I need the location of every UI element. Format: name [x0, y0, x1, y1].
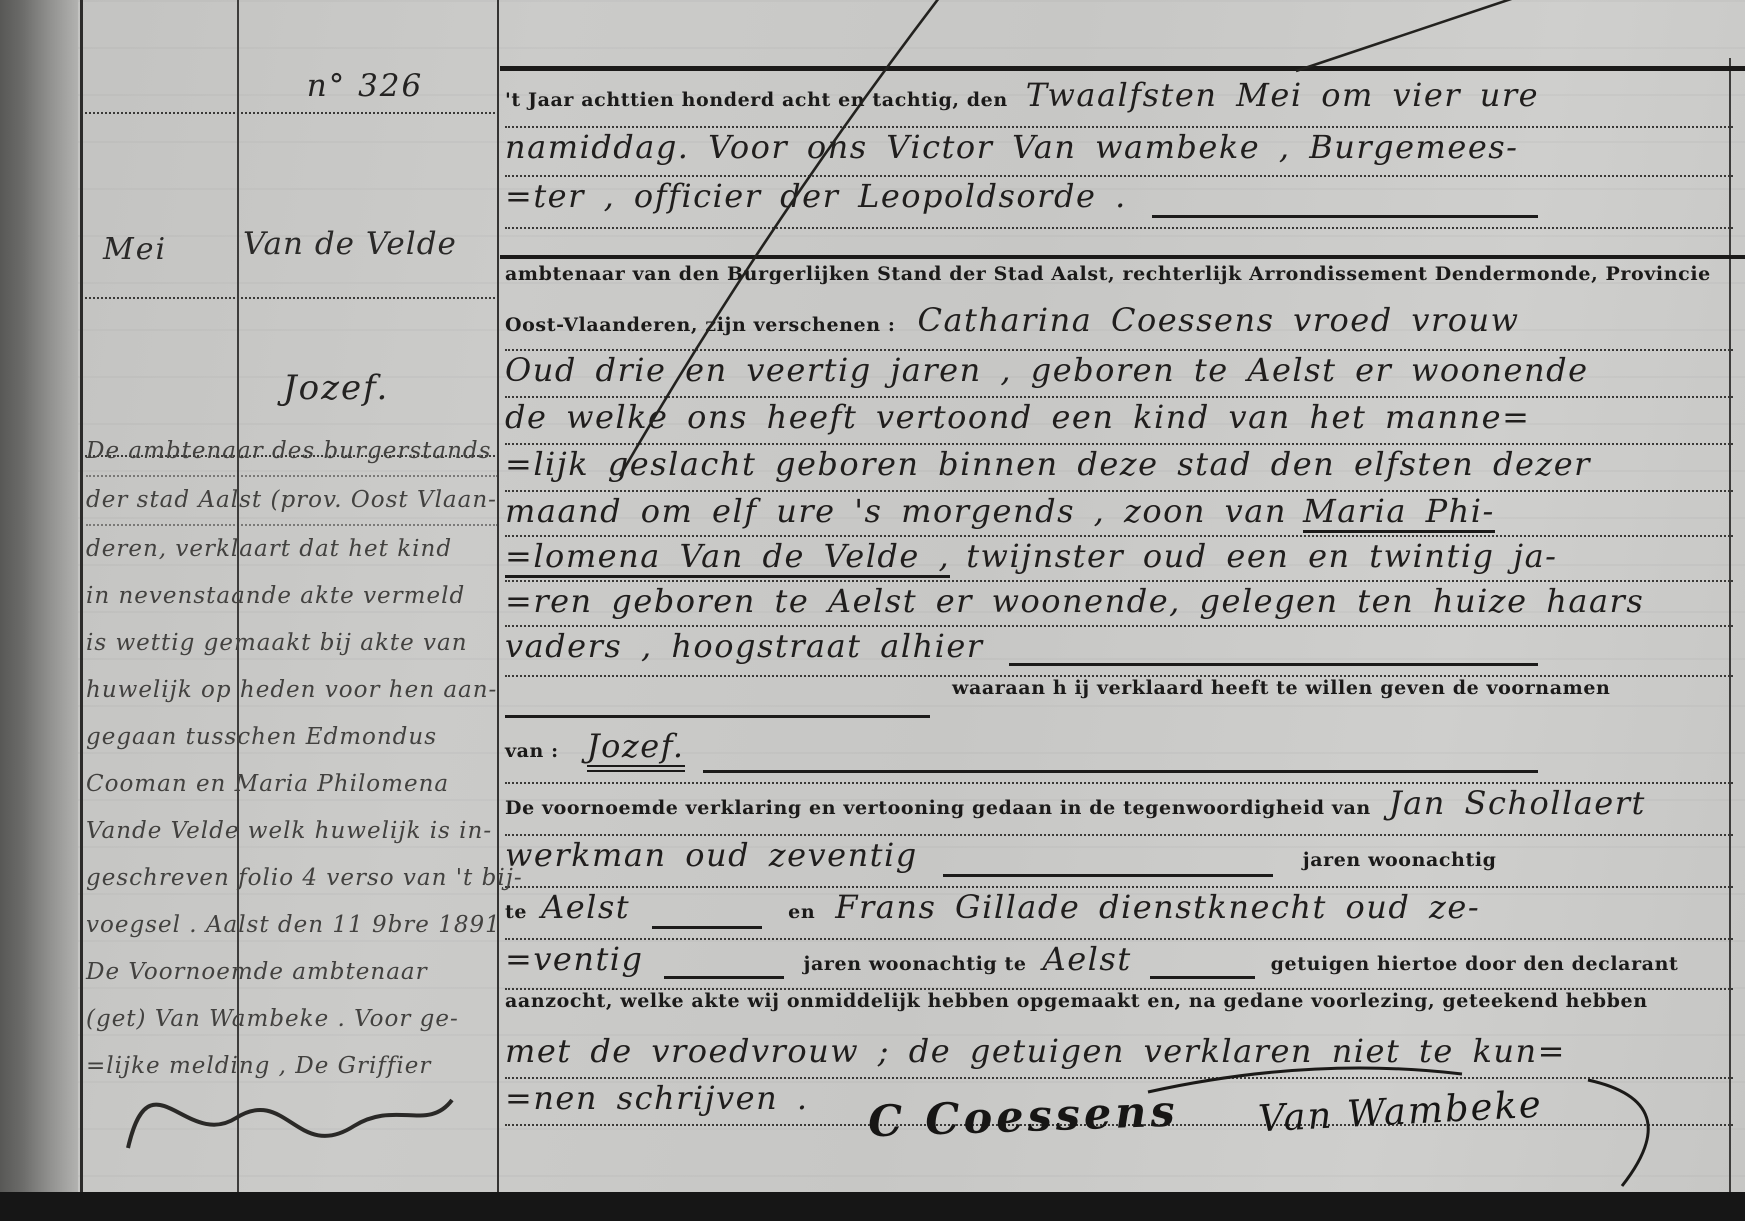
body-line: met de vroedvrouw ; de getuigen verklare…	[505, 1032, 1733, 1079]
margin-dotted-guide	[85, 112, 495, 114]
blank-fill-stroke	[652, 926, 762, 929]
body-line: te Aelst en Frans Gillade dienstknecht o…	[505, 888, 1733, 940]
blank-fill-stroke	[943, 874, 1273, 877]
handwritten-text: =ren geboren te Aelst er woonende, geleg…	[505, 582, 1644, 620]
margin-given-name-label: Jozef.	[283, 368, 389, 408]
handwritten-text: werkman oud zeventig	[505, 836, 918, 874]
printed-text: en	[788, 901, 815, 923]
witness-residence: Aelst	[1043, 940, 1132, 978]
blank-fill-stroke	[505, 715, 930, 718]
body-line: de welke ons heeft vertoond een kind van…	[505, 398, 1733, 445]
printed-text: 't Jaar achttien honderd acht en tachtig…	[505, 89, 1008, 111]
griffier-signature	[128, 1100, 452, 1148]
printed-text: Oost-Vlaanderen, zijn verschenen :	[505, 314, 895, 336]
blank-fill-stroke	[1152, 215, 1538, 218]
printed-text: ambtenaar van den Burgerlijken Stand der…	[505, 263, 1711, 285]
printed-text: jaren woonachtig te	[804, 953, 1027, 975]
body-line: 't Jaar achttien honderd acht en tachtig…	[505, 76, 1733, 128]
handwritten-text: =ter , officier der Leopoldsorde .	[505, 177, 1127, 215]
body-line: vaders , hoogstraat alhier	[505, 627, 1733, 677]
margin-note-line: deren, verklaart dat het kind	[86, 526, 498, 573]
body-line: Oud drie en veertig jaren , geboren te A…	[505, 351, 1733, 398]
act-top-rule	[500, 66, 1745, 71]
handwritten-text: namiddag. Voor ons Victor Van wambeke , …	[505, 128, 1518, 166]
handwritten-text: Oud drie en veertig jaren , geboren te A…	[505, 351, 1589, 389]
margin-note-line: Vande Velde welk huwelijk is in-	[86, 808, 498, 855]
body-line: =lomena Van de Velde , twijnster oud een…	[505, 537, 1733, 582]
body-line: aanzocht, welke akte wij onmiddelijk heb…	[505, 990, 1733, 1032]
margin-dotted-guide	[85, 297, 495, 299]
margin-note-line: Cooman en Maria Philomena	[86, 761, 498, 808]
handwritten-text: =nen schrijven .	[505, 1079, 809, 1117]
legitimation-margin-note: De ambtenaar des burgerstands der stad A…	[86, 428, 498, 1090]
margin-note-line: De ambtenaar des burgerstands	[86, 428, 498, 477]
witness-name: Jan Schollaert	[1389, 784, 1646, 822]
printed-text: van :	[505, 740, 559, 762]
witness-name: Frans Gillade dienstknecht oud ze-	[835, 888, 1480, 926]
margin-note-line: der stad Aalst (prov. Oost Vlaan-	[86, 477, 498, 526]
child-given-name: Jozef.	[587, 727, 685, 772]
handwritten-text: vaders , hoogstraat alhier	[505, 627, 984, 665]
body-line: =lijk geslacht geboren binnen deze stad …	[505, 445, 1733, 492]
body-line: waaraan h ij verklaard heeft te willen g…	[505, 677, 1733, 727]
body-line: =ren geboren te Aelst er woonende, geleg…	[505, 582, 1733, 627]
act-number: n° 326	[250, 68, 480, 104]
handwritten-text-underlined: Maria Phi-	[1303, 492, 1495, 533]
scan-bottom-band	[0, 1192, 1745, 1221]
handwritten-text: met de vroedvrouw ; de getuigen verklare…	[505, 1032, 1566, 1070]
diagonal-pen-stroke	[1296, 0, 1526, 71]
margin-note-line: geschreven folio 4 verso van 't bij-	[86, 855, 498, 902]
body-line: van : Jozef.	[505, 727, 1733, 784]
handwritten-text: de welke ons heeft vertoond een kind van…	[505, 398, 1530, 436]
margin-month-label: Mei	[103, 232, 167, 267]
handwritten-text: =lijk geslacht geboren binnen deze stad …	[505, 445, 1591, 483]
handwritten-text-underlined: =lomena Van de Velde ,	[505, 537, 950, 578]
signature-midwife: C Coessens	[867, 1087, 1179, 1148]
body-line: ambtenaar van den Burgerlijken Stand der…	[505, 263, 1733, 301]
margin-surname-label: Van de Velde	[243, 226, 457, 262]
book-binding-edge	[0, 0, 78, 1221]
handwritten-text: Twaalfsten Mei om vier ure	[1026, 76, 1539, 114]
printed-text: De voornoemde verklaring en vertooning g…	[505, 797, 1371, 819]
margin-note-line: is wettig gemaakt bij akte van	[86, 620, 498, 667]
printed-text: te	[505, 901, 527, 923]
handwritten-text: twijnster oud een en twintig ja-	[966, 537, 1557, 575]
blank-fill-stroke	[703, 770, 1538, 773]
blank-fill-stroke	[664, 976, 784, 979]
margin-rule-left	[80, 0, 83, 1192]
printed-text: getuigen hiertoe door den declarant	[1271, 953, 1679, 975]
margin-note-line: in nevenstaande akte vermeld	[86, 573, 498, 620]
witness-residence: Aelst	[541, 888, 630, 926]
handwritten-text: Catharina Coessens vroed vrouw	[917, 301, 1519, 339]
margin-note-line: gegaan tusschen Edmondus	[86, 714, 498, 761]
body-line: Oost-Vlaanderen, zijn verschenen : Catha…	[505, 301, 1733, 351]
printed-text: aanzocht, welke akte wij onmiddelijk heb…	[505, 990, 1648, 1012]
body-line: werkman oud zeventig jaren woonachtig	[505, 836, 1733, 888]
printed-text: waaraan h ij verklaard heeft te willen g…	[952, 677, 1610, 699]
handwritten-text: =ventig	[505, 940, 644, 978]
margin-note-line: voegsel . Aalst den 11 9bre 1891	[86, 902, 498, 949]
blank-fill-stroke	[1009, 663, 1538, 666]
margin-note-line: De Voornoemde ambtenaar	[86, 949, 498, 996]
body-line: namiddag. Voor ons Victor Van wambeke , …	[505, 128, 1733, 177]
margin-note-line: =lijke melding , De Griffier	[86, 1043, 498, 1090]
civil-register-act-page: n° 326 Mei Van de Velde Jozef. De ambten…	[0, 0, 1745, 1221]
body-line: =ventig jaren woonachtig te Aelst getuig…	[505, 940, 1733, 990]
act-body-text: 't Jaar achttien honderd acht en tachtig…	[505, 76, 1733, 1126]
margin-note-line: huwelijk op heden voor hen aan-	[86, 667, 498, 714]
handwritten-text: maand om elf ure 's morgends , zoon van	[505, 492, 1287, 530]
body-line: De voornoemde verklaring en vertooning g…	[505, 784, 1733, 836]
printed-text: jaren woonachtig	[1303, 849, 1497, 871]
blank-fill-stroke	[1150, 976, 1255, 979]
body-line: maand om elf ure 's morgends , zoon van …	[505, 492, 1733, 537]
body-line: =ter , officier der Leopoldsorde .	[505, 177, 1733, 229]
margin-note-line: (get) Van Wambeke . Voor ge-	[86, 996, 498, 1043]
